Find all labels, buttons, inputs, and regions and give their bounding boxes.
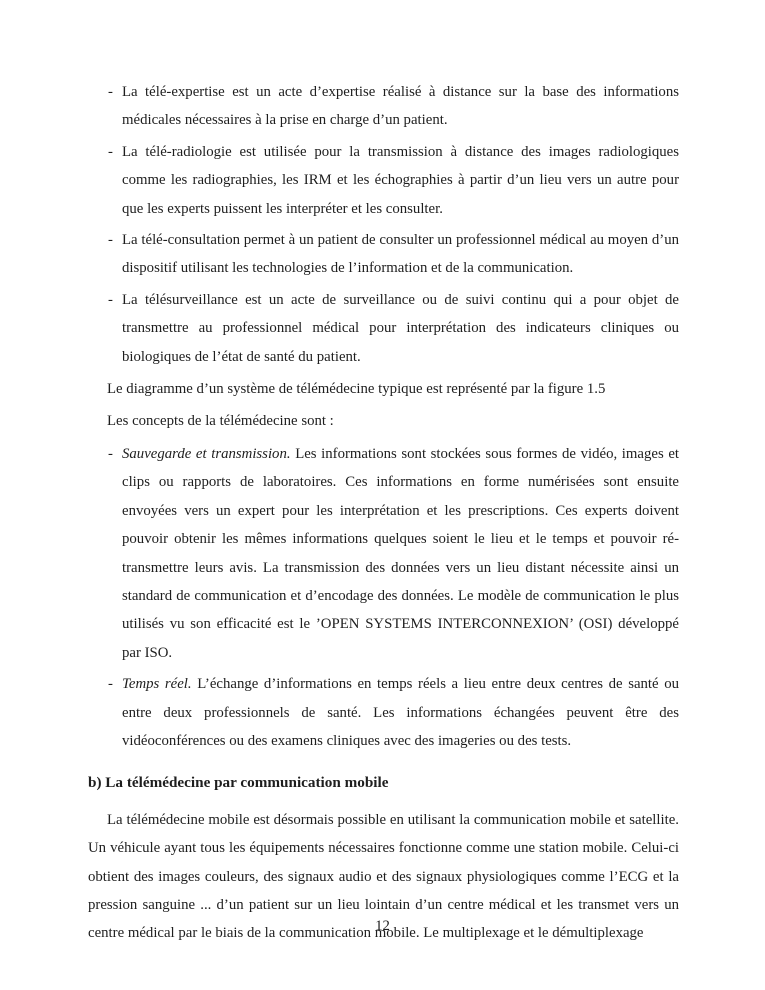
dash-bullet: - (108, 670, 113, 698)
list-item-tele-expertise: - La télé-expertise est un acte d’expert… (88, 78, 679, 135)
document-page: - La télé-expertise est un acte d’expert… (0, 0, 765, 990)
telemedicine-acts-list: - La télé-expertise est un acte d’expert… (88, 78, 679, 371)
list-item-sauvegarde-transmission: - Sauvegarde et transmission. Les inform… (88, 440, 679, 667)
dash-bullet: - (108, 286, 113, 314)
concept-term: Sauvegarde et transmission. (122, 446, 291, 462)
list-item-tele-consultation: - La télé-consultation permet à un patie… (88, 226, 679, 283)
dash-bullet: - (108, 138, 113, 166)
dash-bullet: - (108, 440, 113, 468)
list-item-text: La télé-expertise est un acte d’expertis… (122, 84, 679, 128)
concept-text: Les informations sont stockées sous form… (122, 446, 679, 661)
concepts-list: - Sauvegarde et transmission. Les inform… (88, 440, 679, 755)
concept-term: Temps réel. (122, 676, 192, 692)
paragraph-concepts-intro: Les concepts de la télémédecine sont : (88, 407, 679, 435)
concept-text: L’échange d’informations en temps réels … (122, 676, 679, 749)
list-item-temps-reel: - Temps réel. L’échange d’informations e… (88, 670, 679, 755)
dash-bullet: - (108, 78, 113, 106)
paragraph-diagram: Le diagramme d’un système de télémédecin… (88, 375, 679, 403)
section-heading-mobile-telemedicine: b) La télémédecine par communication mob… (88, 769, 679, 797)
page-number: 12 (0, 916, 765, 936)
page-content: - La télé-expertise est un acte d’expert… (88, 78, 679, 948)
list-item-telesurveillance: - La télésurveillance est un acte de sur… (88, 286, 679, 371)
list-item-tele-radiologie: - La télé-radiologie est utilisée pour l… (88, 138, 679, 223)
list-item-text: La télé-radiologie est utilisée pour la … (122, 144, 679, 217)
list-item-text: La télé-consultation permet à un patient… (122, 232, 679, 276)
dash-bullet: - (108, 226, 113, 254)
list-item-text: La télésurveillance est un acte de surve… (122, 292, 679, 365)
